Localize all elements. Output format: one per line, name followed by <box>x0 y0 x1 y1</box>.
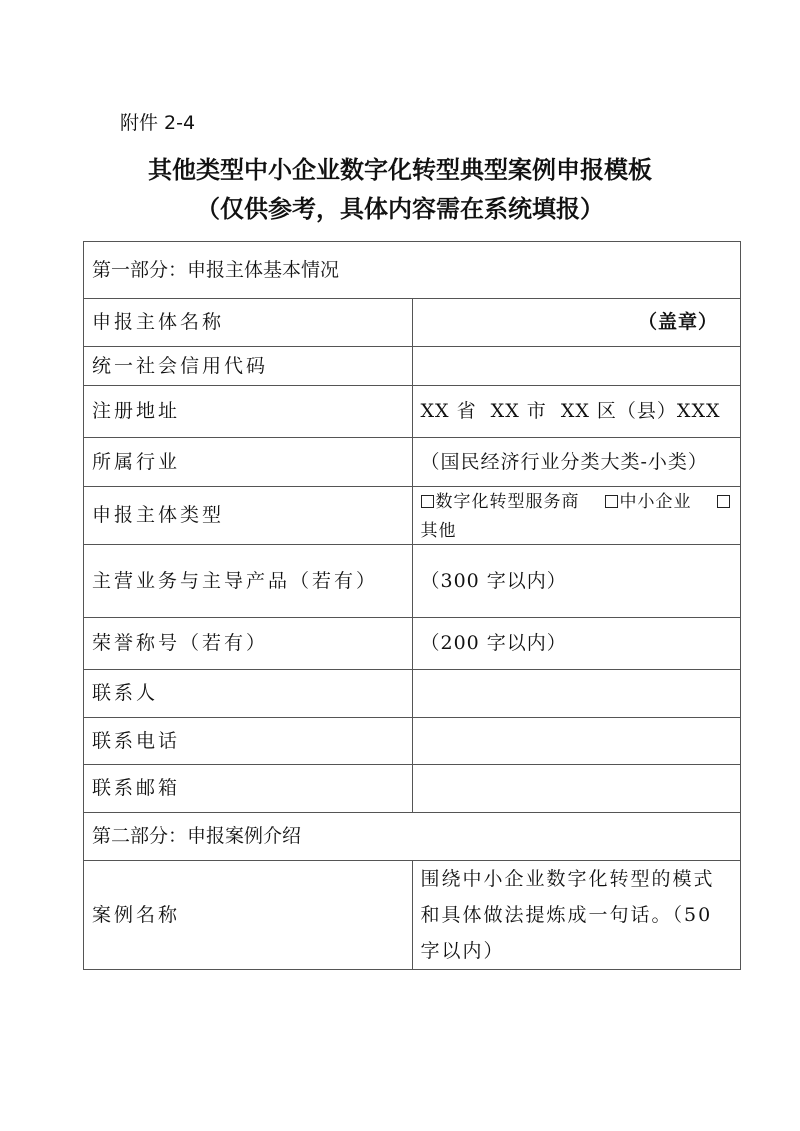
field-label-contact-person: 联系人 <box>84 670 413 718</box>
section-header-row: 第一部分：申报主体基本情况 <box>84 242 741 299</box>
table-row: 荣誉称号（若有） （200 字以内） <box>84 618 741 670</box>
checkbox-icon[interactable] <box>717 495 730 508</box>
attachment-label: 附件 2-4 <box>120 108 195 135</box>
table-row: 主营业务与主导产品（若有） （300 字以内） <box>84 545 741 618</box>
option-service-provider[interactable]: 数字化转型服务商 <box>421 492 580 512</box>
table-row: 联系邮箱 <box>84 765 741 813</box>
field-label-address: 注册地址 <box>84 386 413 438</box>
field-label-case-name: 案例名称 <box>84 861 413 970</box>
option-sme[interactable]: 中小企业 <box>605 492 692 512</box>
table-row: 所属行业 （国民经济行业分类大类-小类） <box>84 438 741 487</box>
table-row: 联系电话 <box>84 718 741 765</box>
table-row: 注册地址 XX 省 XX 市 XX 区（县）XXX <box>84 386 741 438</box>
field-value-address[interactable]: XX 省 XX 市 XX 区（县）XXX <box>412 386 741 438</box>
field-value-industry[interactable]: （国民经济行业分类大类-小类） <box>412 438 741 487</box>
part1-heading: 第一部分：申报主体基本情况 <box>84 242 741 299</box>
field-value-contact-phone[interactable] <box>412 718 741 765</box>
field-label-contact-email: 联系邮箱 <box>84 765 413 813</box>
field-value-applicant-type: 数字化转型服务商 中小企业 其他 <box>412 487 741 545</box>
field-label-contact-phone: 联系电话 <box>84 718 413 765</box>
field-value-applicant-name[interactable]: （盖章） <box>412 299 741 347</box>
field-value-contact-email[interactable] <box>412 765 741 813</box>
checkbox-icon[interactable] <box>421 495 434 508</box>
document-title: 其他类型中小企业数字化转型典型案例申报模板 <box>0 150 800 185</box>
section-header-row: 第二部分：申报案例介绍 <box>84 813 741 861</box>
checkbox-icon[interactable] <box>605 495 618 508</box>
application-form-table: 第一部分：申报主体基本情况 申报主体名称 （盖章） 统一社会信用代码 注册地址 … <box>83 241 741 970</box>
field-value-contact-person[interactable] <box>412 670 741 718</box>
document-subtitle: （仅供参考，具体内容需在系统填报） <box>0 189 800 224</box>
field-label-honors: 荣誉称号（若有） <box>84 618 413 670</box>
part2-heading: 第二部分：申报案例介绍 <box>84 813 741 861</box>
table-row: 联系人 <box>84 670 741 718</box>
field-value-main-business[interactable]: （300 字以内） <box>412 545 741 618</box>
table-row: 统一社会信用代码 <box>84 347 741 386</box>
field-label-applicant-type: 申报主体类型 <box>84 487 413 545</box>
field-value-honors[interactable]: （200 字以内） <box>412 618 741 670</box>
table-row: 申报主体类型 数字化转型服务商 中小企业 其他 <box>84 487 741 545</box>
field-label-main-business: 主营业务与主导产品（若有） <box>84 545 413 618</box>
table-row: 案例名称 围绕中小企业数字化转型的模式和具体做法提炼成一句话。（50 字以内） <box>84 861 741 970</box>
field-label-credit-code: 统一社会信用代码 <box>84 347 413 386</box>
field-value-case-name[interactable]: 围绕中小企业数字化转型的模式和具体做法提炼成一句话。（50 字以内） <box>412 861 741 970</box>
field-value-credit-code[interactable] <box>412 347 741 386</box>
field-label-industry: 所属行业 <box>84 438 413 487</box>
field-label-applicant-name: 申报主体名称 <box>84 299 413 347</box>
table-row: 申报主体名称 （盖章） <box>84 299 741 347</box>
